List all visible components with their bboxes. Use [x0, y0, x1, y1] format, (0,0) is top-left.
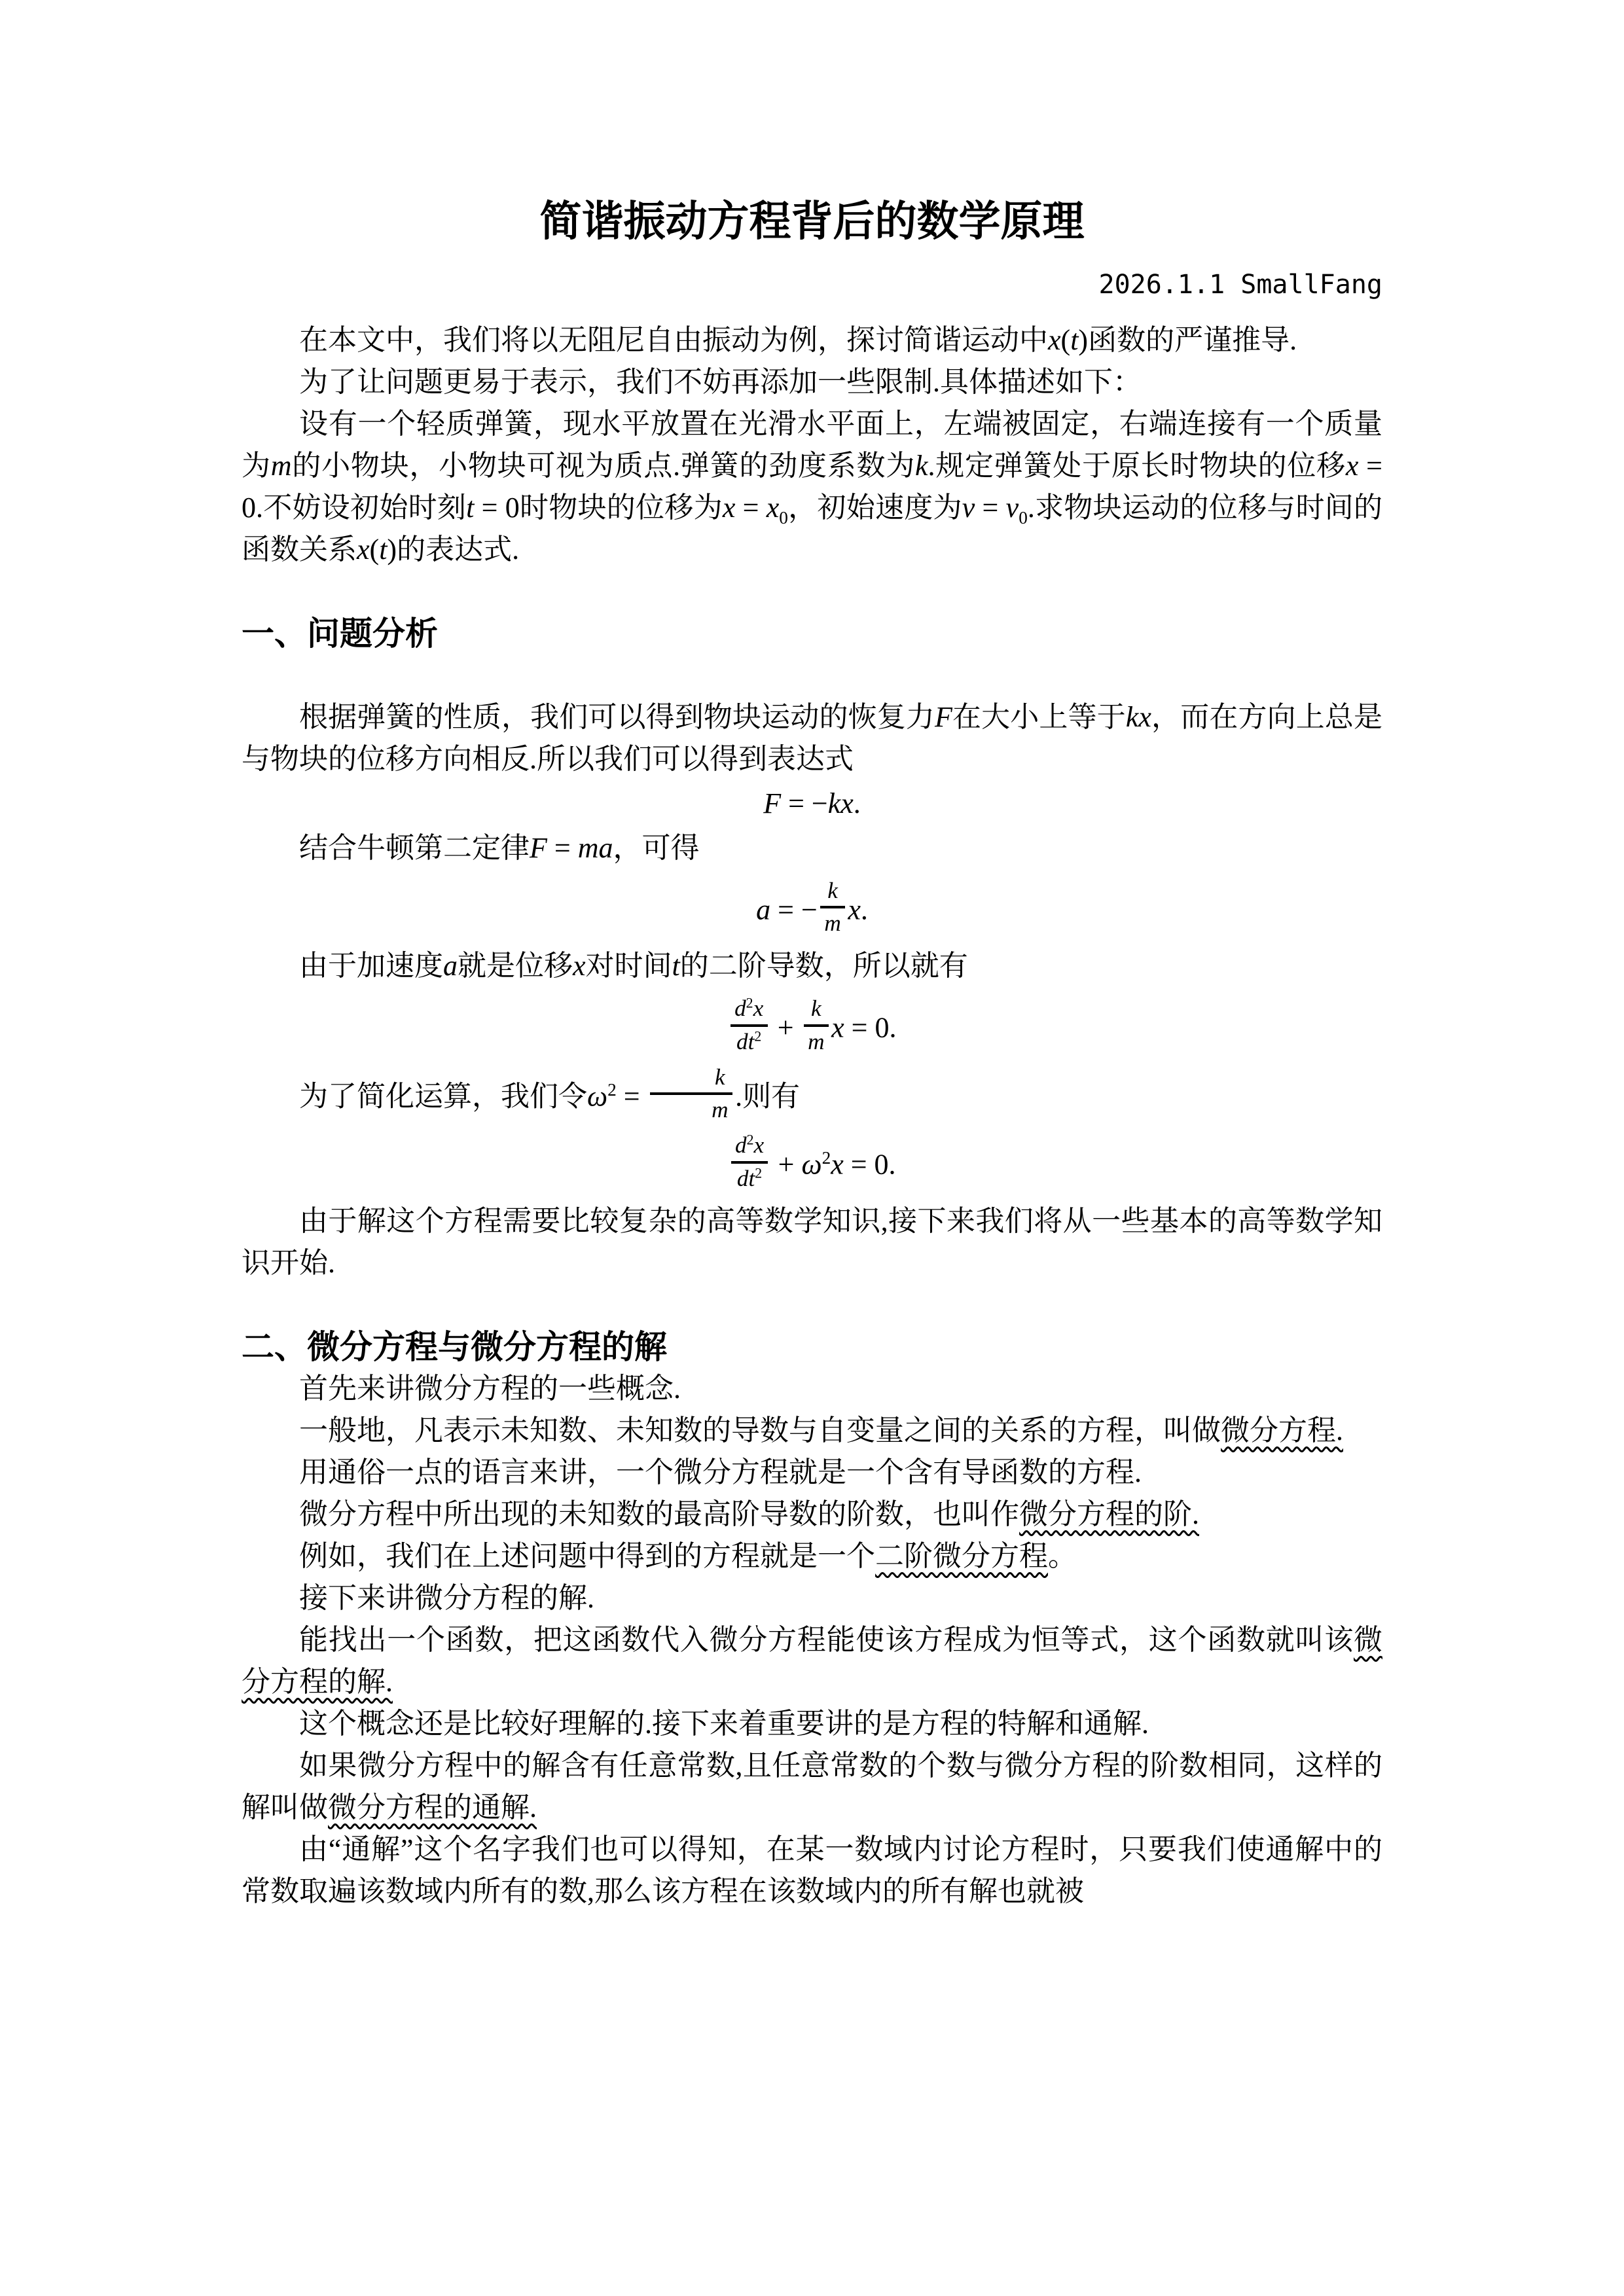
paragraph-ode-example: 例如，我们在上述问题中得到的方程就是一个二阶微分方程。: [242, 1535, 1382, 1577]
paragraph-solution-definition: 能找出一个函数，把这函数代入微分方程能使该方程成为恒等式，这个函数就叫该微分方程…: [242, 1619, 1382, 1703]
paragraph-ode-definition: 一般地，凡表示未知数、未知数的导数与自变量之间的关系的方程，叫做微分方程.: [242, 1410, 1382, 1452]
fraction: km: [820, 877, 845, 937]
paragraph-transition-to-math: 由于解这个方程需要比较复杂的高等数学知识,接下来我们将从一些基本的高等数学知识开…: [242, 1200, 1382, 1284]
equation-hooke-law: F = −kx.: [242, 783, 1382, 825]
paragraph-particular-and-general: 这个概念还是比较好理解的.接下来着重要讲的是方程的特解和通解.: [242, 1703, 1382, 1745]
paragraph-general-solution-meaning: 由“通解”这个名字我们也可以得知，在某一数域内讨论方程时，只要我们使通解中的常数…: [242, 1829, 1382, 1912]
fraction: km: [650, 1064, 732, 1124]
fraction: d2xdt2: [731, 995, 768, 1055]
paragraph-intro: 在本文中，我们将以无阻尼自由振动为例，探讨简谐运动中x(t)函数的严谨推导.: [242, 319, 1382, 361]
equation-ode-omega: d2xdt2 + ω2x = 0.: [242, 1132, 1382, 1192]
byline-date-author: 2026.1.1 SmallFang: [242, 268, 1382, 301]
paragraph-ode-concepts-intro: 首先来讲微分方程的一些概念.: [242, 1368, 1382, 1410]
paragraph-second-derivative: 由于加速度a就是位移x对时间t的二阶导数，所以就有: [242, 945, 1382, 987]
paragraph-general-solution-definition: 如果微分方程中的解含有任意常数,且任意常数的个数与微分方程的阶数相同，这样的解叫…: [242, 1745, 1382, 1829]
paragraph-problem-setup: 设有一个轻质弹簧，现水平放置在光滑水平面上，左端被固定，右端连接有一个质量为m的…: [242, 403, 1382, 571]
fraction: km: [804, 995, 829, 1055]
section-heading-problem-analysis: 一、问题分析: [242, 613, 1382, 655]
paragraph-hooke-intro: 根据弹簧的性质，我们可以得到物块运动的恢复力F在大小上等于kx，而在方向上总是与…: [242, 696, 1382, 780]
document-page: 简谐振动方程背后的数学原理 2026.1.1 SmallFang 在本文中，我们…: [0, 0, 1624, 2296]
paragraph-newton-second-law: 结合牛顿第二定律F = ma，可得: [242, 827, 1382, 869]
paragraph-solution-intro: 接下来讲微分方程的解.: [242, 1577, 1382, 1619]
fraction: d2xdt2: [731, 1132, 768, 1192]
section-heading-differential-equations: 二、微分方程与微分方程的解: [242, 1326, 1382, 1368]
equation-acceleration: a = −kmx.: [242, 877, 1382, 937]
paragraph-omega-substitution: 为了简化运算，我们令ω2 = km.则有: [242, 1064, 1382, 1124]
paragraph-ode-plain-language: 用通俗一点的语言来讲，一个微分方程就是一个含有导函数的方程.: [242, 1452, 1382, 1494]
paragraph-constraints: 为了让问题更易于表示，我们不妨再添加一些限制.具体描述如下：: [242, 361, 1382, 403]
paragraph-ode-order: 微分方程中所出现的未知数的最高阶导数的阶数，也叫作微分方程的阶.: [242, 1494, 1382, 1535]
equation-ode-k-over-m: d2xdt2 + kmx = 0.: [242, 995, 1382, 1055]
document-title: 简谐振动方程背后的数学原理: [242, 195, 1382, 247]
